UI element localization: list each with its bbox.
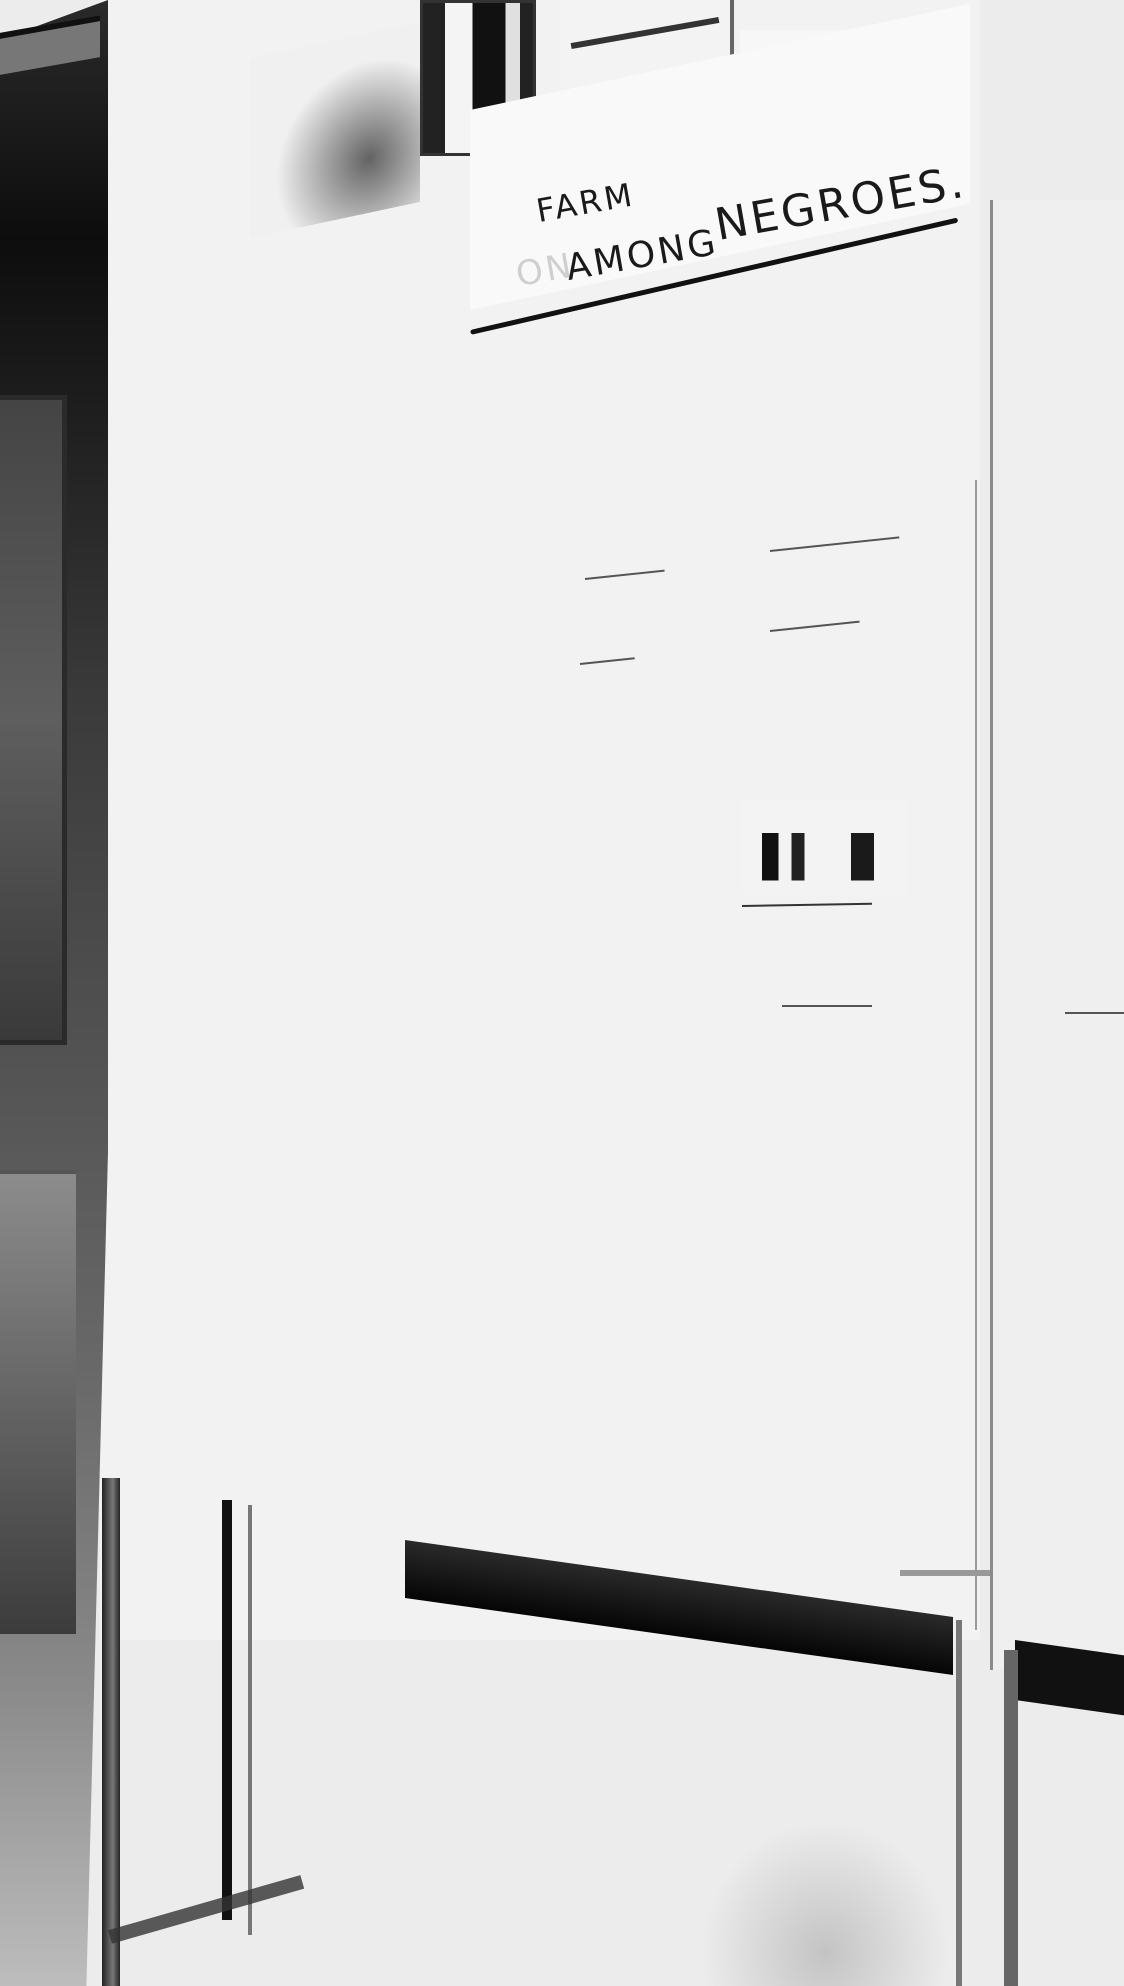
mounted-photo-buildings xyxy=(742,800,907,895)
easel-brace xyxy=(108,1875,304,1944)
board-bottom-edge xyxy=(900,1570,990,1576)
support-post xyxy=(956,1620,962,1986)
door-lower-wall xyxy=(0,1170,76,1634)
door-panel xyxy=(0,395,67,1045)
easel-leg-left xyxy=(102,1478,120,1986)
board-seam xyxy=(975,480,977,1630)
support-post xyxy=(1004,1650,1018,1986)
easel-leg-inner xyxy=(222,1500,232,1920)
adjacent-display-panel xyxy=(990,200,1124,1670)
floor-shadow xyxy=(700,1820,950,1986)
board-rule xyxy=(782,1005,872,1007)
mounted-photo-landscape xyxy=(250,22,420,238)
photo-streak xyxy=(571,17,720,49)
easel-leg-inner-edge xyxy=(248,1505,252,1935)
board-rule xyxy=(1065,1012,1124,1014)
